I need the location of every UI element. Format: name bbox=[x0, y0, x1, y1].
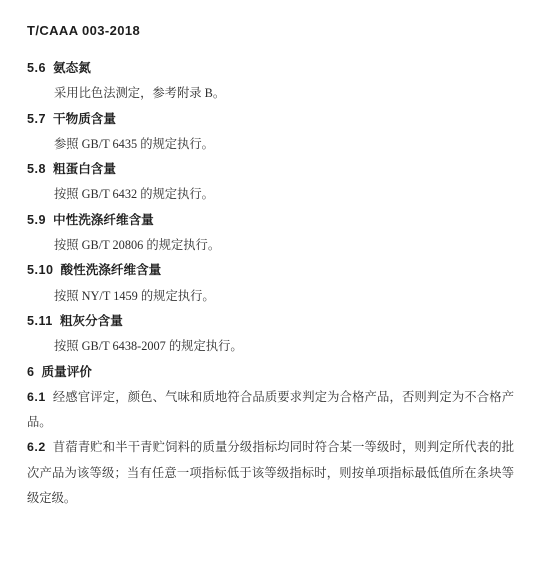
clause-text: 经感官评定，颜色、气味和质地符合品质要求判定为合格产品，否则判定为不合格产品。 bbox=[27, 390, 514, 429]
section-heading: 6质量评价 bbox=[27, 360, 514, 385]
reference-paragraph: 按照 NY/T 1459 的规定执行。 bbox=[27, 284, 514, 309]
section-number: 5.10 bbox=[27, 258, 54, 283]
section-title: 酸性洗涤纤维含量 bbox=[61, 263, 162, 277]
clause-paragraph: 6.2苜蓿青贮和半干青贮饲料的质量分级指标均同时符合某一等级时，则判定所代表的批… bbox=[27, 435, 514, 511]
section-title: 质量评价 bbox=[42, 365, 92, 379]
section-number: 5.7 bbox=[27, 107, 46, 132]
section-number: 5.6 bbox=[27, 56, 46, 81]
document-code-header: T/CAAA 003-2018 bbox=[27, 23, 140, 38]
reference-paragraph: 采用比色法测定，参考附录 B。 bbox=[27, 81, 514, 106]
clause-number: 6.2 bbox=[27, 440, 46, 454]
section-heading: 5.9中性洗涤纤维含量 bbox=[27, 208, 514, 233]
section-number: 5.9 bbox=[27, 208, 46, 233]
section-number: 5.8 bbox=[27, 157, 46, 182]
reference-paragraph: 按照 GB/T 6438-2007 的规定执行。 bbox=[27, 334, 514, 359]
section-number: 6 bbox=[27, 360, 35, 385]
document-page: T/CAAA 003-2018 5.6氨态氮采用比色法测定，参考附录 B。5.7… bbox=[0, 0, 540, 578]
document-content: 5.6氨态氮采用比色法测定，参考附录 B。5.7干物质含量参照 GB/T 643… bbox=[27, 56, 514, 511]
reference-paragraph: 按照 GB/T 20806 的规定执行。 bbox=[27, 233, 514, 258]
reference-paragraph: 参照 GB/T 6435 的规定执行。 bbox=[27, 132, 514, 157]
clause-number: 6.1 bbox=[27, 390, 46, 404]
section-title: 干物质含量 bbox=[53, 112, 116, 126]
section-heading: 5.10酸性洗涤纤维含量 bbox=[27, 258, 514, 283]
section-title: 粗灰分含量 bbox=[60, 314, 123, 328]
section-heading: 5.11粗灰分含量 bbox=[27, 309, 514, 334]
section-title: 氨态氮 bbox=[53, 61, 91, 75]
reference-paragraph: 按照 GB/T 6432 的规定执行。 bbox=[27, 182, 514, 207]
section-heading: 5.6氨态氮 bbox=[27, 56, 514, 81]
section-heading: 5.7干物质含量 bbox=[27, 107, 514, 132]
clause-text: 苜蓿青贮和半干青贮饲料的质量分级指标均同时符合某一等级时，则判定所代表的批次产品… bbox=[27, 440, 514, 505]
section-title: 中性洗涤纤维含量 bbox=[53, 213, 154, 227]
section-number: 5.11 bbox=[27, 309, 53, 334]
clause-paragraph: 6.1经感官评定，颜色、气味和质地符合品质要求判定为合格产品，否则判定为不合格产… bbox=[27, 385, 514, 436]
section-heading: 5.8粗蛋白含量 bbox=[27, 157, 514, 182]
section-title: 粗蛋白含量 bbox=[53, 162, 116, 176]
